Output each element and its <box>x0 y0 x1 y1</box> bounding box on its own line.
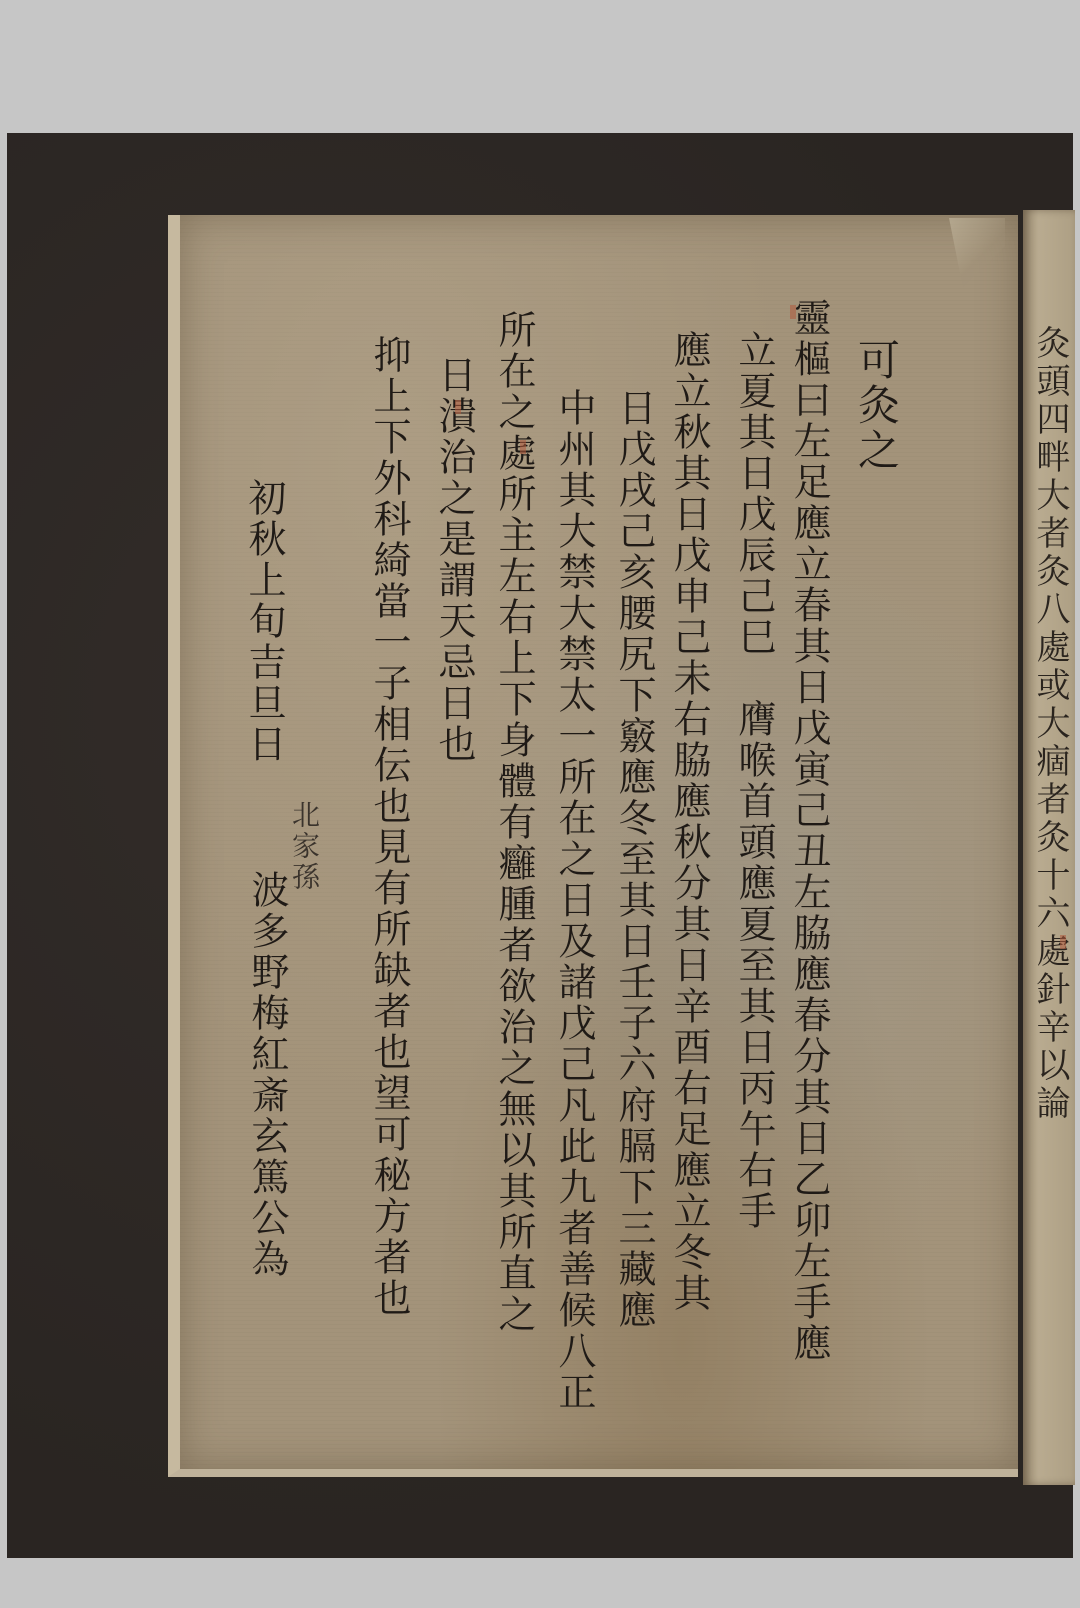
text-column-4: 日戊戌己亥腰尻下竅應冬至其日壬子六府膈下三藏應 <box>615 388 653 1331</box>
adjacent-page-edge: 灸頭四畔大者灸八處或大痼者灸十六處針辛以論 <box>1023 210 1075 1485</box>
red-mark <box>520 440 526 454</box>
adjacent-page-text: 灸頭四畔大者灸八處或大痼者灸十六處針辛以論 <box>1033 325 1067 1123</box>
text-column-2: 立夏其日戊辰己巳 膺喉首頭應夏至其日丙午右手 <box>735 330 773 1232</box>
date-column: 初秋上旬吉旦日 <box>245 478 283 765</box>
text-column-5: 中州其大禁大禁太一所在之日及諸戊己凡此九者善候八正 <box>555 388 593 1413</box>
text-column-7: 日潰治之是謂天忌日也 <box>435 355 473 765</box>
signature-column: 波多野梅紅斎玄篤公為 <box>248 870 286 1280</box>
text-column-6: 所在之處所主左右上下身體有癰腫者欲治之無以其所直之 <box>495 310 533 1335</box>
red-mark <box>1060 935 1066 949</box>
red-mark <box>455 400 461 414</box>
text-column-1: 靈樞曰左足應立春其日戊寅己丑左脇應春分其日乙卯左手應 <box>790 298 828 1364</box>
column-heading: 可灸之 <box>855 338 897 473</box>
signature-annotation: 北家孫 <box>290 800 318 893</box>
text-column-3: 應立秋其日戊申己未右脇應秋分其日辛酉右足應立冬其 <box>670 330 708 1314</box>
red-mark <box>790 305 796 319</box>
text-column-8: 抑上下外科綺當一子相伝也見有所缺者也望可秘方者也 <box>370 335 408 1319</box>
